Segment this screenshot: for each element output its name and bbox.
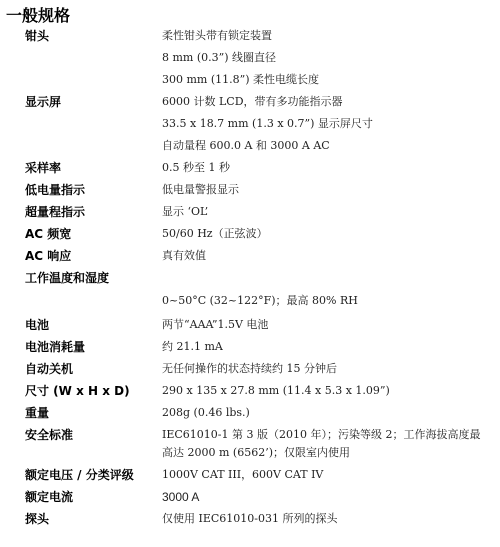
spec-value: 柔性钳头带有锁定装置 [162,27,482,45]
spec-value: 显示 ‘OL’ [162,203,482,221]
spec-label: 工作温度和湿度 [25,269,109,286]
spec-value: 0.5 秒至 1 秒 [162,159,482,177]
spec-value: 1000V CAT III，600V CAT IV [162,466,482,484]
spec-value: 两节“AAA”1.5V 电池 [162,316,482,334]
spec-label: AC 响应 [25,247,71,264]
spec-value: 真有效值 [162,247,482,265]
spec-value: 0~50°C (32~122°F)；最高 80% RH [162,292,482,310]
spec-value: 33.5 x 18.7 mm (1.3 x 0.7”) 显示屏尺寸 [162,115,482,133]
spec-value: 6000 计数 LCD，带有多功能指示器 [162,93,482,111]
spec-label: 重量 [25,404,49,421]
spec-label: 电池消耗量 [25,338,85,355]
spec-label: 自动关机 [25,360,73,377]
spec-value: IEC61010-1 第 3 版（2010 年）；污染等级 2；工作海拔高度最高… [162,426,482,462]
spec-label: 安全标准 [25,426,73,443]
spec-label: AC 频宽 [25,225,71,242]
spec-value: 仅使用 IEC61010-031 所列的探头 [162,510,482,528]
spec-label: 尺寸 (W x H x D) [25,382,130,399]
spec-label: 额定电压 / 分类评级 [25,466,134,483]
spec-value: 8 mm (0.3”) 线圈直径 [162,49,482,67]
spec-value: 3000 A [162,488,482,506]
spec-label: 采样率 [25,159,61,176]
spec-label: 电池 [25,316,49,333]
spec-label: 显示屏 [25,93,61,110]
spec-value: 290 x 135 x 27.8 mm (11.4 x 5.3 x 1.09”) [162,382,482,400]
spec-label: 钳头 [25,27,49,44]
spec-label: 探头 [25,510,49,527]
spec-label: 超量程指示 [25,203,85,220]
spec-label: 额定电流 [25,488,73,505]
spec-value: 约 21.1 mA [162,338,482,356]
spec-value: 低电量警报显示 [162,181,482,199]
spec-value: 50/60 Hz（正弦波） [162,225,482,243]
spec-value: 300 mm (11.8”) 柔性电缆长度 [162,71,482,89]
spec-value: 208g (0.46 lbs.) [162,404,482,422]
section-title: 一般规格 [6,3,70,26]
spec-label: 低电量指示 [25,181,85,198]
spec-value: 自动量程 600.0 A 和 3000 A AC [162,137,482,155]
spec-value: 无任何操作的状态持续约 15 分钟后 [162,360,482,378]
